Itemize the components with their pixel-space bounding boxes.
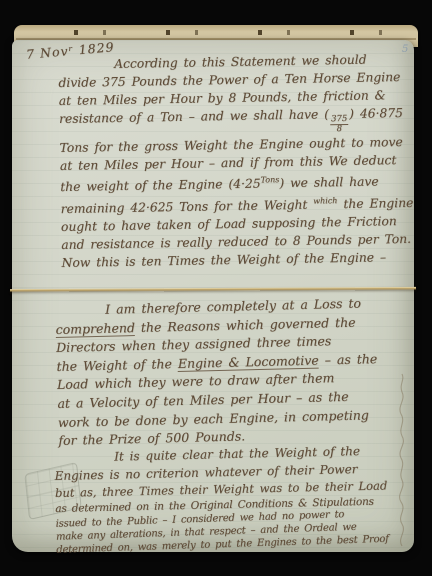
text-segment: remaining 42·625 Tons for the Weight (61, 197, 308, 215)
manuscript-page: 7 Novʳ 1829 5 According to this Statemen… (12, 40, 414, 552)
page-edge-marks (48, 30, 398, 35)
text-segment: ) 46·875 (349, 106, 403, 121)
fraction-denominator: 8 (337, 125, 343, 134)
page-fold-crease (10, 287, 416, 292)
text-segment: the Reasons which governed the (135, 314, 356, 334)
vertical-marginalia-handwriting (394, 370, 410, 550)
paragraph-quite-clear: It is quite clear that the Weight of the… (54, 441, 389, 555)
text-segment: the weight of the Engine (4·25 (60, 177, 261, 194)
paragraph-statement: According to this Statement we should di… (58, 50, 414, 272)
inserted-word: Tons (260, 175, 279, 184)
fraction-375-over-8: 3758 (330, 115, 349, 134)
underlined-phrase: Engine & Locomotive (178, 352, 319, 371)
text-segment: – as the (319, 351, 378, 367)
underlined-word: comprehend (55, 320, 135, 338)
text-segment: resistance of a Ton – and we shall have … (59, 108, 329, 127)
paragraph-loss-to-comprehend: I am therefore completely at a Loss to c… (55, 294, 379, 451)
photo-frame: 7 Novʳ 1829 5 According to this Statemen… (0, 0, 432, 576)
text-segment: the Engine (337, 195, 413, 210)
inserted-word: which (313, 196, 337, 205)
text-segment: ) we shall have (279, 175, 378, 191)
text-segment: the Weight of the (56, 356, 178, 374)
